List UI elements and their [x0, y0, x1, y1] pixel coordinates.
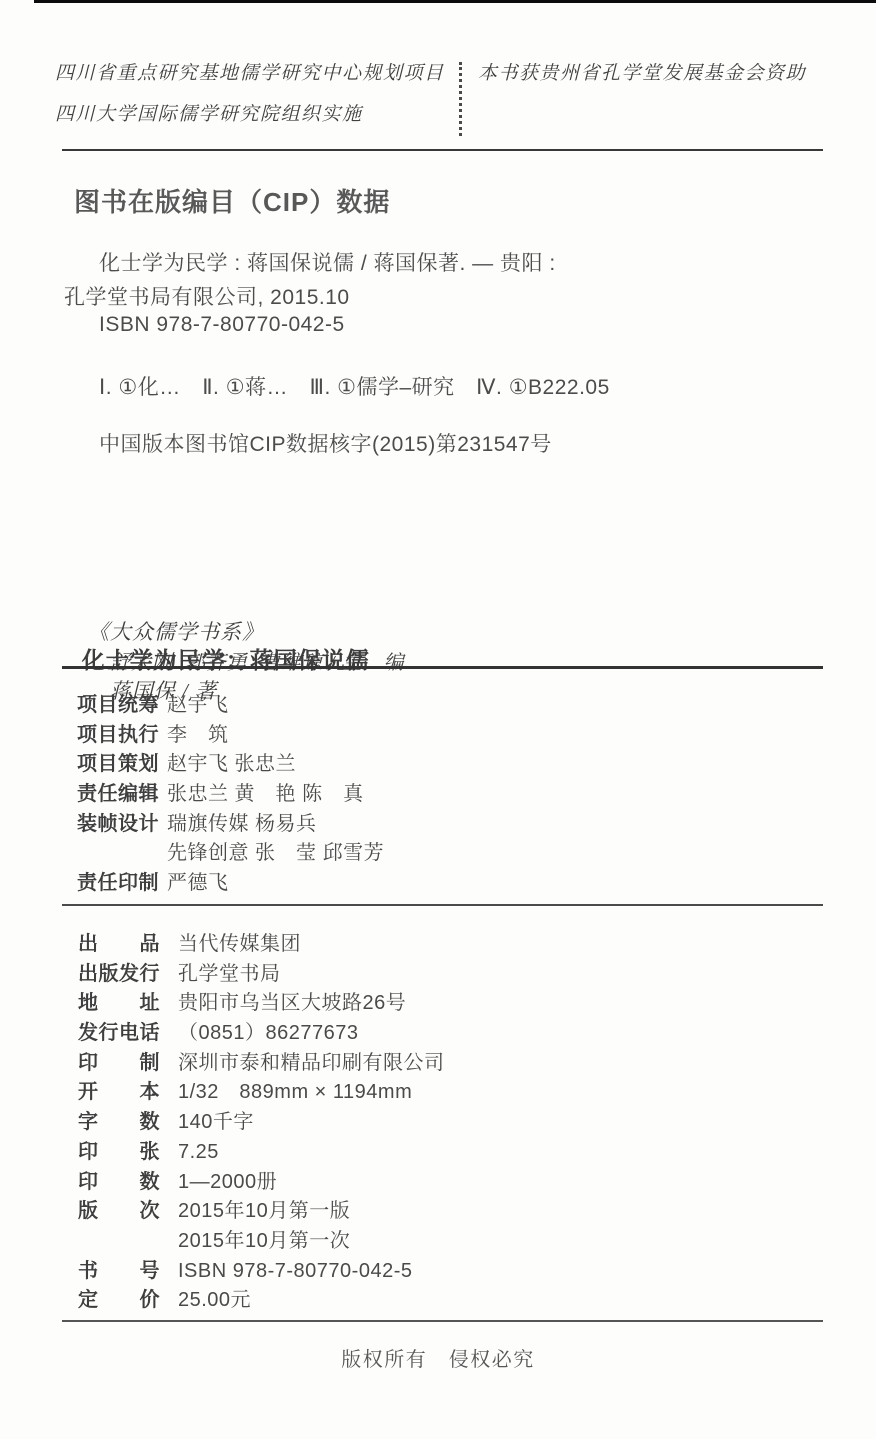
publication-row: 书 号ISBN 978-7-80770-042-5 — [78, 1257, 445, 1287]
credits-row: 项目策划赵宇飞 张忠兰 — [77, 750, 384, 780]
publication-label: 书 号 — [78, 1257, 178, 1287]
credits-row: 先锋创意 张 莹 邱雪芳 — [77, 839, 384, 869]
publication-value: （0851）86277673 — [178, 1019, 358, 1049]
header: 四川省重点研究基地儒学研究中心规划项目 四川大学国际儒学研究院组织实施 本书获贵… — [55, 62, 834, 136]
publication-value: 2015年10月第一次 — [178, 1227, 350, 1257]
publication-row: 发行电话（0851）86277673 — [78, 1019, 445, 1049]
publication-label: 印 张 — [78, 1138, 178, 1168]
cip-title-statement: 化士学为民学 : 蒋国保说儒 / 蒋国保著. — 贵阳 : — [99, 247, 556, 277]
publication-list: 出 品当代传媒集团 出版发行孔学堂书局 地 址贵阳市乌当区大坡路26号 发行电话… — [78, 930, 445, 1316]
credits-label: 责任编辑 — [77, 780, 167, 810]
publication-row: 地 址贵阳市乌当区大坡路26号 — [78, 989, 445, 1019]
publication-label: 出 品 — [78, 930, 178, 960]
publication-value: 贵阳市乌当区大坡路26号 — [178, 989, 406, 1019]
publication-row: 开 本1/32 889mm × 1194mm — [78, 1078, 445, 1108]
publication-row: 印 数1—2000册 — [78, 1168, 445, 1198]
credits-row: 项目统筹赵宇飞 — [77, 691, 384, 721]
copyright-page: 四川省重点研究基地儒学研究中心规划项目 四川大学国际儒学研究院组织实施 本书获贵… — [0, 0, 876, 1439]
publication-value: 140千字 — [178, 1108, 254, 1138]
publication-value: 2015年10月第一版 — [178, 1197, 350, 1227]
project-line-1: 四川省重点研究基地儒学研究中心规划项目 — [55, 62, 455, 86]
cip-classification: Ⅰ. ①化… Ⅱ. ①蒋… Ⅲ. ①儒学–研究 Ⅳ. ①B222.05 — [99, 371, 610, 401]
credits-value: 严德飞 — [167, 869, 229, 899]
credits-value: 瑞旗传媒 杨易兵 — [167, 810, 317, 840]
divider-title — [62, 666, 823, 669]
publication-label: 印 数 — [78, 1168, 178, 1198]
publication-label: 地 址 — [78, 989, 178, 1019]
publication-label: 出版发行 — [78, 960, 178, 990]
publication-label: 字 数 — [78, 1108, 178, 1138]
credits-label: 项目策划 — [77, 750, 167, 780]
publication-label: 开 本 — [78, 1078, 178, 1108]
credits-row: 项目执行李 筑 — [77, 721, 384, 751]
cip-publisher-line: 孔学堂书局有限公司, 2015.10 — [64, 281, 350, 311]
publication-label: 发行电话 — [78, 1019, 178, 1049]
publication-value: 孔学堂书局 — [178, 960, 281, 990]
credits-row: 装帧设计瑞旗传媒 杨易兵 — [77, 810, 384, 840]
project-line-2: 四川大学国际儒学研究院组织实施 — [55, 103, 455, 127]
publication-label: 印 制 — [78, 1049, 178, 1079]
publication-row: 字 数140千字 — [78, 1108, 445, 1138]
header-left-column: 四川省重点研究基地儒学研究中心规划项目 四川大学国际儒学研究院组织实施 — [55, 62, 455, 127]
publication-value: 当代传媒集团 — [178, 930, 301, 960]
cip-heading: 图书在版编目（CIP）数据 — [74, 182, 390, 219]
publication-value: ISBN 978-7-80770-042-5 — [178, 1257, 412, 1287]
cip-record-number: 中国版本图书馆CIP数据核字(2015)第231547号 — [99, 428, 552, 458]
credits-label: 装帧设计 — [77, 810, 167, 840]
publication-row: 定 价25.00元 — [78, 1286, 445, 1316]
credits-label: 责任印制 — [77, 869, 167, 899]
credits-row: 责任编辑张忠兰 黄 艳 陈 真 — [77, 780, 384, 810]
scan-edge-artifact — [34, 0, 876, 3]
credits-label: 项目统筹 — [77, 691, 167, 721]
credits-label: 项目执行 — [77, 721, 167, 751]
credits-list: 项目统筹赵宇飞 项目执行李 筑 项目策划赵宇飞 张忠兰 责任编辑张忠兰 黄 艳 … — [77, 691, 384, 899]
credits-value: 赵宇飞 — [167, 691, 229, 721]
publication-value: 25.00元 — [178, 1286, 251, 1316]
publication-row: 版 次2015年10月第一版 — [78, 1197, 445, 1227]
publication-row: 出版发行孔学堂书局 — [78, 960, 445, 990]
divider-bottom — [62, 1320, 823, 1322]
credits-value: 李 筑 — [167, 721, 229, 751]
publication-label — [78, 1227, 178, 1257]
publication-value: 1/32 889mm × 1194mm — [178, 1078, 412, 1108]
publication-row: 出 品当代传媒集团 — [78, 930, 445, 960]
dotted-separator — [459, 62, 462, 136]
credits-value: 张忠兰 黄 艳 陈 真 — [167, 780, 364, 810]
publication-label: 定 价 — [78, 1286, 178, 1316]
credits-value: 先锋创意 张 莹 邱雪芳 — [167, 839, 384, 869]
publication-value: 7.25 — [178, 1138, 219, 1168]
credits-value: 赵宇飞 张忠兰 — [167, 750, 296, 780]
publication-value: 1—2000册 — [178, 1168, 277, 1198]
publication-label: 版 次 — [78, 1197, 178, 1227]
book-title: 化士学为民学：蒋国保说儒 — [82, 647, 370, 673]
publication-row: 2015年10月第一次 — [78, 1227, 445, 1257]
sponsorship-line: 本书获贵州省孔学堂发展基金会资助 — [468, 62, 834, 86]
cip-isbn: ISBN 978-7-80770-042-5 — [99, 313, 345, 337]
credits-label — [77, 839, 167, 869]
credits-row: 责任印制严德飞 — [77, 869, 384, 899]
publication-row: 印 制深圳市泰和精品印刷有限公司 — [78, 1049, 445, 1079]
publication-value: 深圳市泰和精品印刷有限公司 — [178, 1049, 445, 1079]
divider-top — [62, 149, 823, 151]
publication-row: 印 张7.25 — [78, 1138, 445, 1168]
divider-credits — [62, 904, 823, 906]
copyright-notice: 版权所有 侵权必究 — [0, 1343, 876, 1372]
